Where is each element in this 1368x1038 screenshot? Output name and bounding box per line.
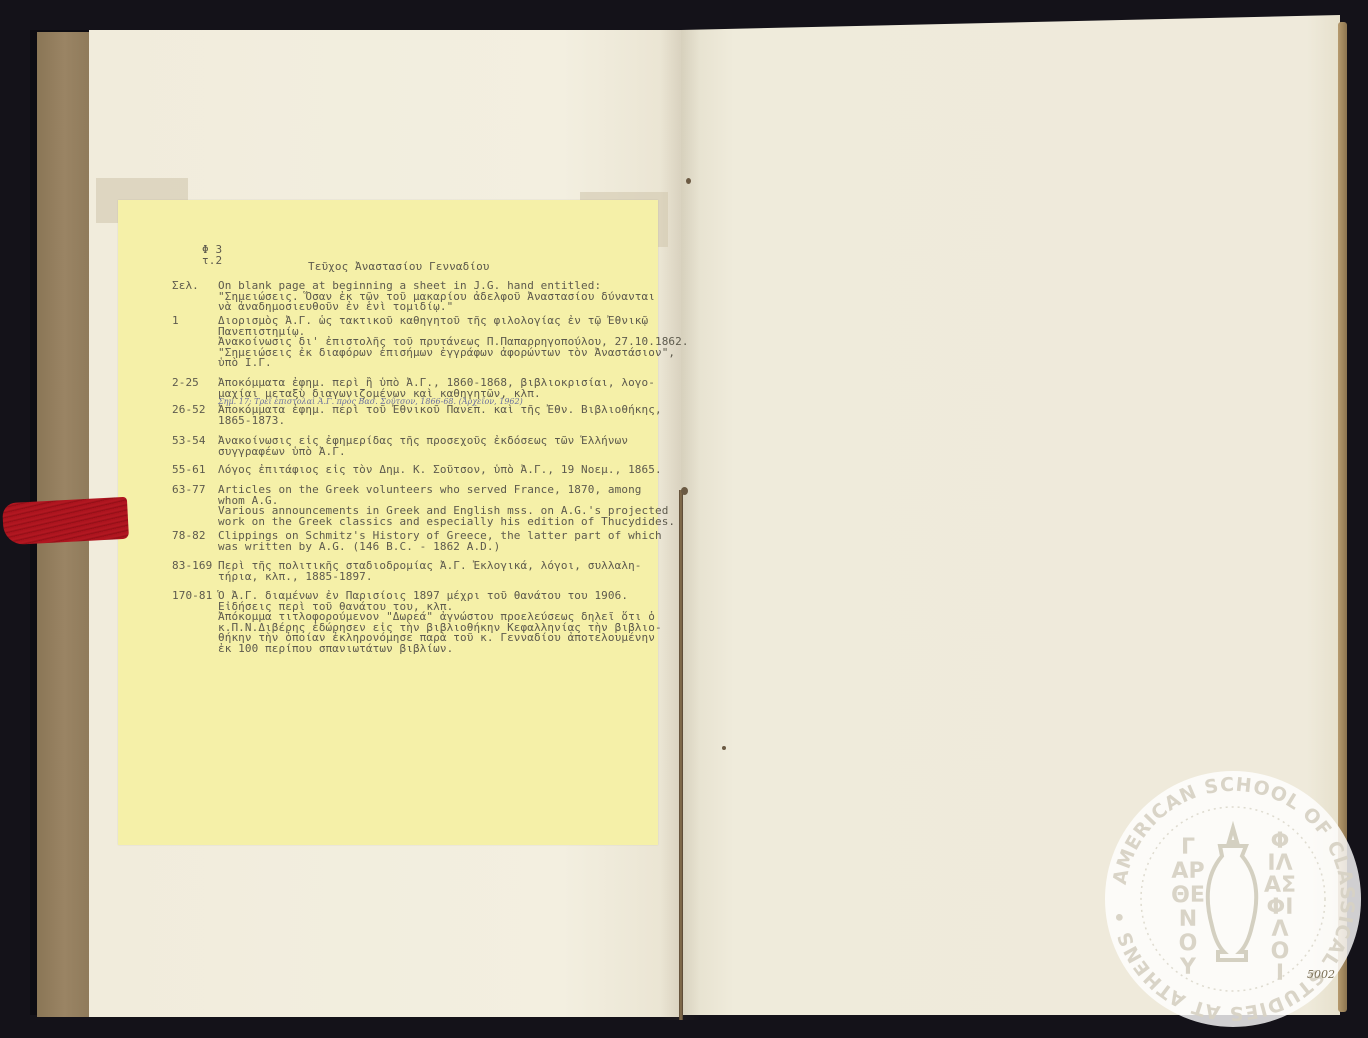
gutter-crease bbox=[679, 490, 683, 1020]
entry-pages: 53-54 bbox=[172, 435, 206, 447]
entry-line: Articles on the Greek volunteers who ser… bbox=[218, 484, 642, 496]
shelfmark-volume: τ.2 bbox=[202, 255, 222, 267]
entry-pages: 78-82 bbox=[172, 530, 206, 542]
entry-pages: 26-52 bbox=[172, 404, 206, 416]
svg-text:Ν: Ν bbox=[1179, 907, 1197, 932]
accession-number: 5002 bbox=[1307, 968, 1335, 981]
entry-pages: 170-81 bbox=[172, 590, 212, 602]
slip-title: Τεῦχος Ἀναστασίου Γενναδίου bbox=[308, 261, 490, 273]
svg-text:ΑΡ: ΑΡ bbox=[1171, 859, 1204, 884]
svg-text:Ι: Ι bbox=[1276, 961, 1284, 986]
entry-line: work on the Greek classics and especiall… bbox=[218, 516, 675, 528]
entry-line: ἐκ 100 περίπου σπανιωτάτων βιβλίων. bbox=[218, 643, 453, 655]
svg-text:Ο: Ο bbox=[1179, 931, 1198, 956]
entry-pages: 1 bbox=[172, 315, 179, 327]
entry-pages: 55-61 bbox=[172, 464, 206, 476]
binding-thread-mark bbox=[681, 487, 688, 495]
binding-thread-mark bbox=[686, 178, 691, 184]
entry-pages: 63-77 bbox=[172, 484, 206, 496]
entry-pages: 83-169 bbox=[172, 560, 212, 572]
entry-line: Λόγος ἐπιτάφιος εἰς τὸν Δημ. Κ. Σοῦτσον,… bbox=[218, 464, 662, 476]
entry-line: ὑπὸ Ι.Γ. bbox=[218, 357, 272, 369]
entry-pages: 2-25 bbox=[172, 377, 199, 389]
entry-line: τήρια, κλπ., 1885-1897. bbox=[218, 571, 373, 583]
entry-line: συγγραφέων ὑπὸ Ἀ.Γ. bbox=[218, 446, 346, 458]
entry-line: was written by A.G. (146 B.C. - 1862 A.D… bbox=[218, 541, 500, 553]
entry-line: 1865-1873. bbox=[218, 415, 285, 427]
page-column-label: Σελ. bbox=[172, 280, 199, 292]
index-slip: Φ 3τ.2Τεῦχος Ἀναστασίου ΓενναδίουΣελ.On … bbox=[118, 200, 658, 845]
entry-line: νὰ ἀναδημοσιευθοῦν ἐν ἑνὶ τομιδίῳ." bbox=[218, 301, 453, 313]
svg-text:ΘΕ: ΘΕ bbox=[1171, 883, 1205, 908]
library-seal-stamp: AMERICAN SCHOOL OF CLASSICAL STUDIES AT … bbox=[1102, 768, 1364, 1030]
paper-speck bbox=[722, 746, 726, 750]
svg-text:Υ: Υ bbox=[1179, 955, 1197, 980]
entry-line: "Σημειώσεις ἐκ διαφόρων ἐπισήμων ἐγγράφω… bbox=[218, 347, 675, 359]
bookmark-ribbon[interactable] bbox=[2, 497, 129, 545]
svg-text:Γ: Γ bbox=[1181, 835, 1195, 860]
